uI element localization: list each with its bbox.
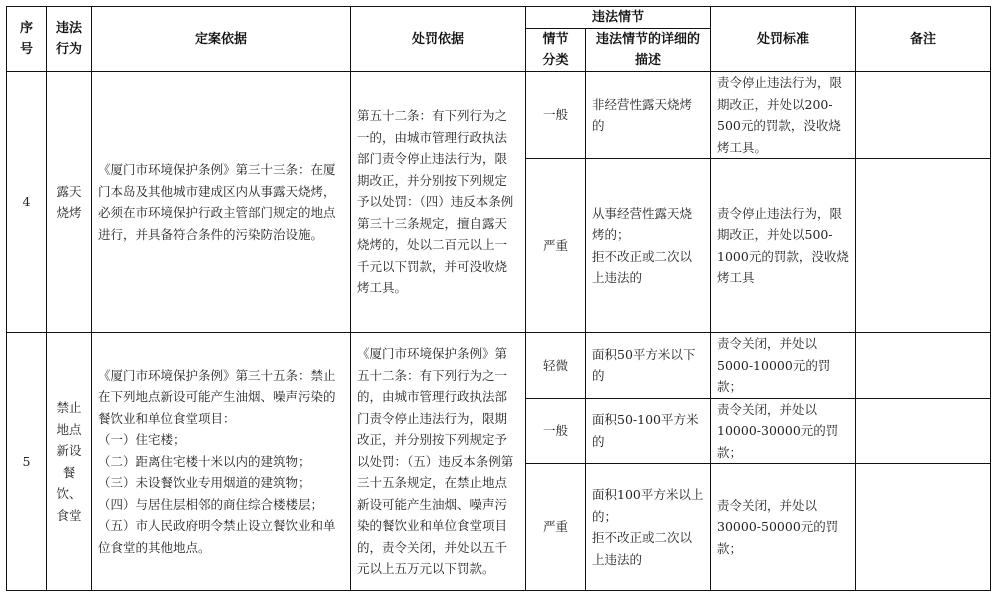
level-remarks	[856, 398, 991, 464]
row-index: 5	[7, 333, 47, 591]
level-standard: 责令停止违法行为，限期改正，并处以200-500元的罚款，没收烧烤工具。	[711, 72, 856, 159]
header-determination-basis: 定案依据	[92, 7, 351, 72]
row-violation: 禁止地点新设餐饮、食堂	[47, 333, 92, 591]
level-category: 一般	[526, 72, 586, 159]
header-remarks: 备注	[856, 7, 991, 72]
row-determination-basis: 《厦门市环境保护条例》第三十三条：在厦门本岛及其他城市建成区内从事露天烧烤，必须…	[92, 72, 351, 333]
header-circumstance-description: 违法情节的详细的描述	[586, 29, 711, 72]
level-description: 面积100平方米以上的； 拒不改正或二次以上违法的	[586, 464, 711, 591]
row-determination-basis: 《厦门市环境保护条例》第三十五条：禁止在下列地点新设可能产生油烟、噪声污染的餐饮…	[92, 333, 351, 591]
level-category: 轻微	[526, 333, 586, 399]
level-category: 严重	[526, 464, 586, 591]
level-standard: 责令关闭，并处以5000-10000元的罚款；	[711, 333, 856, 399]
table-row: 5 禁止地点新设餐饮、食堂 《厦门市环境保护条例》第三十五条：禁止在下列地点新设…	[7, 333, 991, 399]
header-penalty-basis: 处罚依据	[351, 7, 526, 72]
header-circumstances-group: 违法情节	[526, 7, 711, 29]
row-penalty-basis: 第五十二条：有下列行为之一的，由城市管理行政执法部门责令停止违法行为，限期改正，…	[351, 72, 526, 333]
level-remarks	[856, 72, 991, 159]
level-remarks	[856, 159, 991, 333]
row-violation: 露天烧烤	[47, 72, 92, 333]
row-penalty-basis: 《厦门市环境保护条例》第五十二条：有下列行为之一的，由城市管理行政执法部门责令停…	[351, 333, 526, 591]
header-circumstance-category: 情节分类	[526, 29, 586, 72]
level-description: 面积50平方米以下的	[586, 333, 711, 399]
level-standard: 责令停止违法行为，限期改正，并处以500-1000元的罚款，没收烧烤工具	[711, 159, 856, 333]
row-index: 4	[7, 72, 47, 333]
level-remarks	[856, 464, 991, 591]
table-row: 4 露天烧烤 《厦门市环境保护条例》第三十三条：在厦门本岛及其他城市建成区内从事…	[7, 72, 991, 159]
level-description: 面积50-100平方米的	[586, 398, 711, 464]
header-row-top: 序号 违法行为 定案依据 处罚依据 违法情节 处罚标准 备注	[7, 7, 991, 29]
header-penalty-standard: 处罚标准	[711, 7, 856, 72]
level-category: 一般	[526, 398, 586, 464]
level-standard: 责令关闭，并处以10000-30000元的罚款；	[711, 398, 856, 464]
level-description: 从事经营性露天烧烤的； 拒不改正或二次以上违法的	[586, 159, 711, 333]
level-remarks	[856, 333, 991, 399]
penalty-standards-table: 序号 违法行为 定案依据 处罚依据 违法情节 处罚标准 备注 情节分类 违法情节…	[6, 6, 991, 591]
level-standard: 责令关闭，并处以30000-50000元的罚款；	[711, 464, 856, 591]
level-description: 非经营性露天烧烤的	[586, 72, 711, 159]
level-category: 严重	[526, 159, 586, 333]
header-violation: 违法行为	[47, 7, 92, 72]
header-index: 序号	[7, 7, 47, 72]
